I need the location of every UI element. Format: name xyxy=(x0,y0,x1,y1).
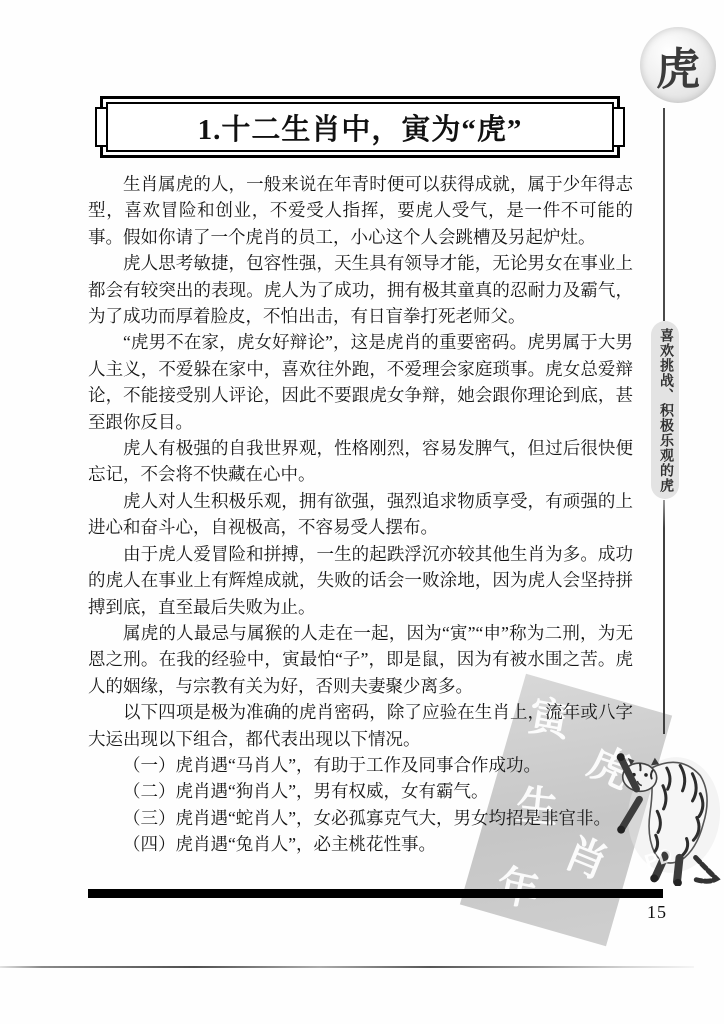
paragraph: 虎人思考敏捷，包容性强，天生具有领导才能，无论男女在事业上都会有较突出的表现。虎… xyxy=(88,250,633,329)
chapter-title-frame: 1.十二生肖中，寅为“虎” xyxy=(100,96,620,158)
scan-artifact-line xyxy=(0,966,694,968)
chapter-title-inner-frame: 1.十二生肖中，寅为“虎” xyxy=(106,102,614,152)
section-tab: 喜欢挑战、积极乐观的虎 xyxy=(651,321,679,499)
footer-bar xyxy=(88,889,663,898)
paragraph: 由于虎人爱冒险和拼搏，一生的起跌浮沉亦较其他生肖为多。成功的虎人在事业上有辉煌成… xyxy=(88,541,633,620)
list-item: （一）虎肖遇“马肖人”，有助于工作及同事合作成功。 xyxy=(88,752,633,778)
section-tab-text: 喜欢挑战、积极乐观的虎 xyxy=(655,328,675,493)
paragraph: 虎人有极强的自我世界观，性格刚烈，容易发脾气，但过后很快便忘记，不会将不快藏在心… xyxy=(88,435,633,488)
zodiac-badge-character: 虎 xyxy=(656,33,700,97)
paragraph: “虎男不在家，虎女好辩论”，这是虎肖的重要密码。虎男属于大男人主义，不爱躲在家中… xyxy=(88,329,633,435)
page-number: 15 xyxy=(633,902,667,923)
zodiac-badge: 虎 xyxy=(640,27,716,103)
margin-rule-top xyxy=(663,108,665,321)
list-item: （四）虎肖遇“兔肖人”，必主桃花性事。 xyxy=(88,831,633,857)
chapter-title: 1.十二生肖中，寅为“虎” xyxy=(198,107,523,148)
list-item: （三）虎肖遇“蛇肖人”，女必孤寡克气大，男女均招是非官非。 xyxy=(88,805,633,831)
body-text: 生肖属虎的人，一般来说在年青时便可以获得成就，属于少年得志型，喜欢冒险和创业，不… xyxy=(88,171,633,858)
margin-rule-bottom xyxy=(663,500,665,734)
paragraph: 属虎的人最忌与属猴的人走在一起，因为“寅”“申”称为二刑，为无恩之刑。在我的经验… xyxy=(88,620,633,699)
paragraph: 虎人对人生积极乐观，拥有欲强，强烈追求物质享受，有顽强的上进心和奋斗心，自视极高… xyxy=(88,488,633,541)
book-page: 1.十二生肖中，寅为“虎” 虎 喜欢挑战、积极乐观的虎 寅 虎 生 肖 年 生肖… xyxy=(0,0,724,1024)
paragraph: 生肖属虎的人，一般来说在年青时便可以获得成就，属于少年得志型，喜欢冒险和创业，不… xyxy=(88,171,633,250)
list-item: （二）虎肖遇“狗肖人”，男有权威，女有霸气。 xyxy=(88,778,633,804)
paragraph: 以下四项是极为准确的虎肖密码，除了应验在生肖上，流年或八字大运出现以下组合，都代… xyxy=(88,699,633,752)
seal-glyph: 年 xyxy=(491,852,545,919)
